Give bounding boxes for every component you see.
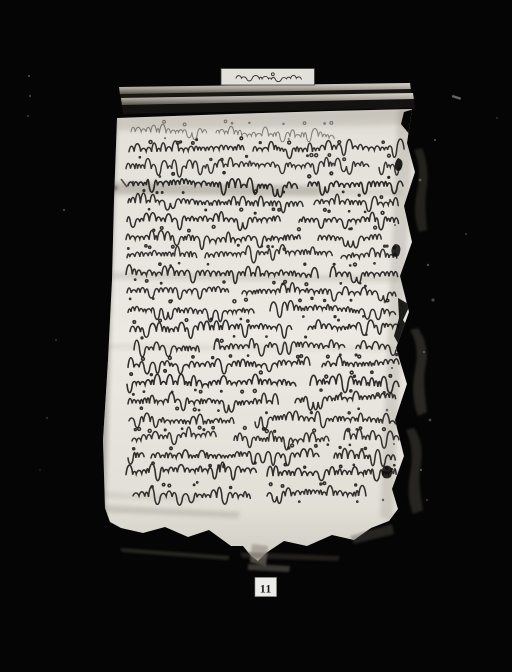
page-number-text: 11	[260, 583, 272, 595]
manuscript-photograph: อนาคตวงสกถา 11	[0, 0, 512, 672]
page-number-tag: 11	[255, 578, 277, 597]
title-label: อนาคตวงสกถา	[221, 69, 315, 86]
title-label-text: อนาคตวงสกถา	[237, 73, 296, 83]
manuscript-page	[90, 109, 415, 561]
paper-sheet	[103, 109, 415, 561]
